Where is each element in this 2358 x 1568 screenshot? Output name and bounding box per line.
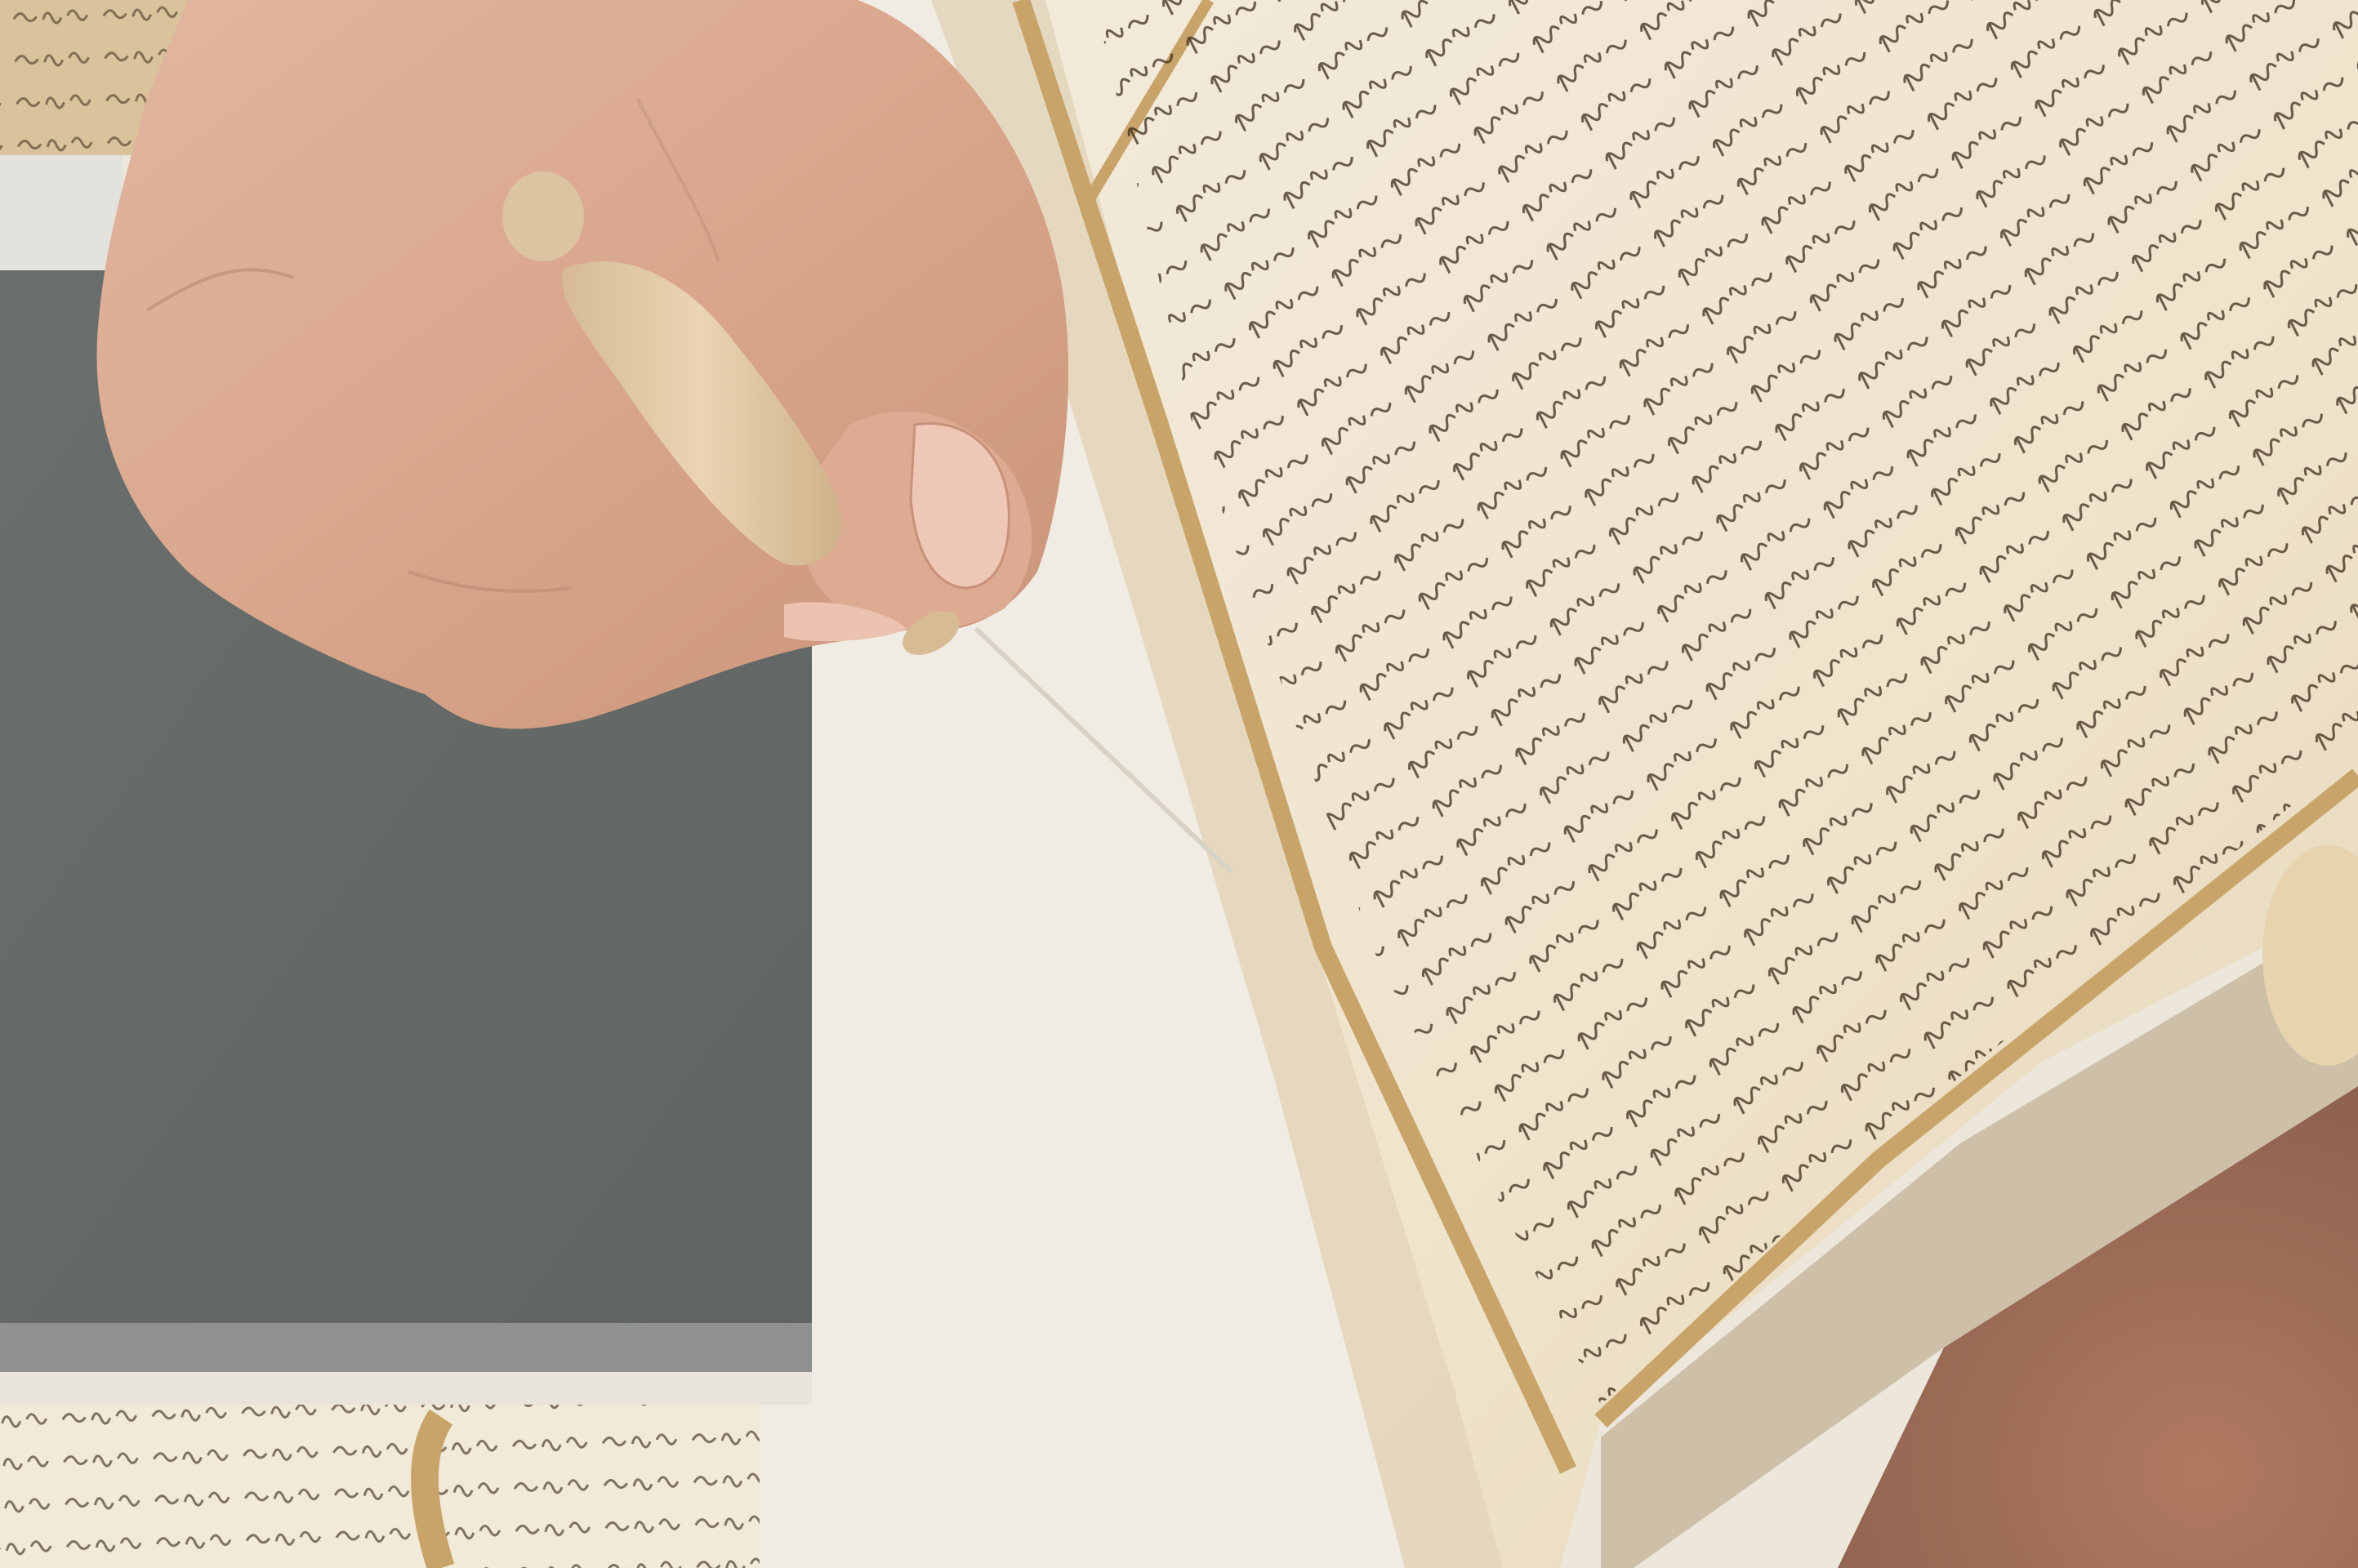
manuscript-strip-bottom-left [0,1405,760,1568]
photo-scene [0,0,2358,1568]
